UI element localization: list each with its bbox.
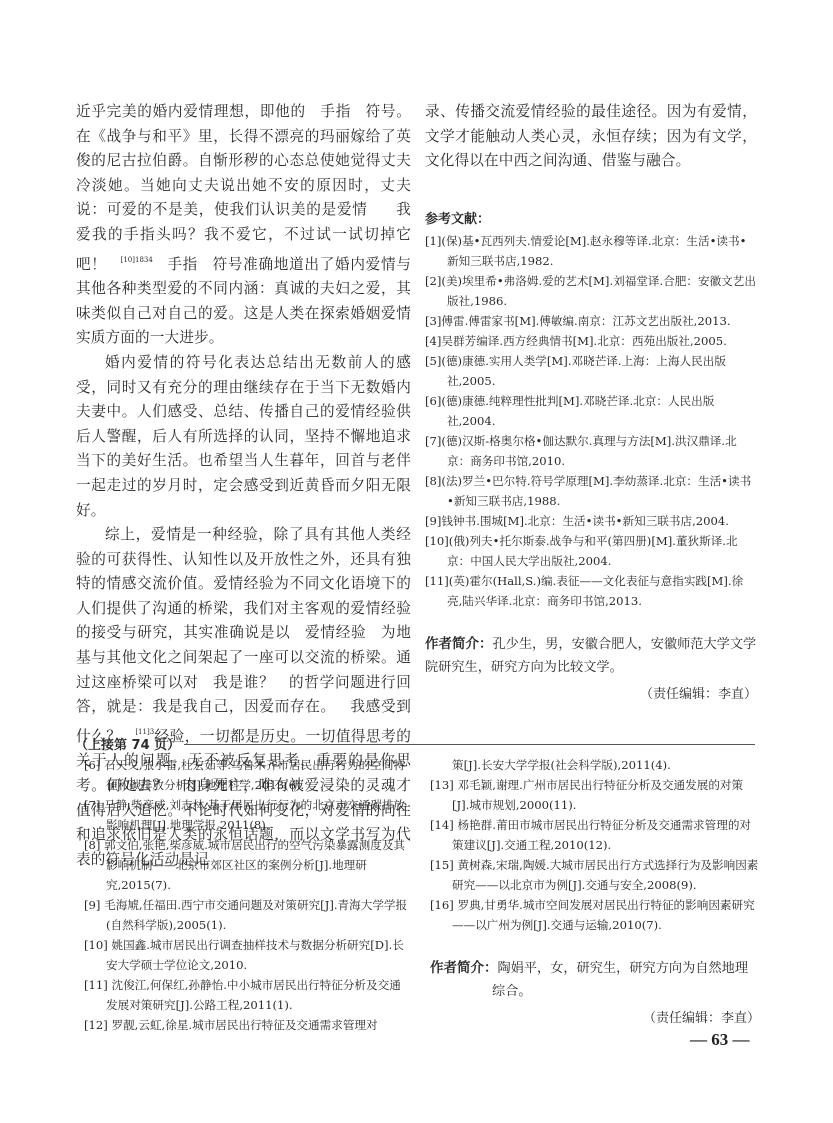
reference-item: [15] 黄树森,宋瑞,陶媛.大城市居民出行方式选择行为及影响因素研究——以北京… <box>430 855 760 895</box>
continued-divider: （上接第 74 页） <box>75 733 755 753</box>
references-section: 参考文献： [1](保)基•瓦西列夫.情爱论[M].赵永穆等译.北京：生活•读书… <box>425 208 757 611</box>
reference-item: [7] 马静,柴彦威,刘志林.基于居民出行行为的北京市交通碳排放影响机理[J].… <box>84 795 412 835</box>
editor-credit: （责任编辑：李直） <box>430 1007 760 1026</box>
reference-item: [6] 石天戈,张小雷,杜宏茹等.乌鲁木齐市居民出行行为的空间特征和碳排放分析[… <box>84 755 412 795</box>
reference-item: [12] 罗靓,云虹,徐星.城市居民出行特征及交通需求管理对 <box>84 1015 412 1035</box>
reference-item: [14] 杨艳群.莆田市城市居民出行特征分析及交通需求管理的对策建议[J].交通… <box>430 815 760 855</box>
reference-item: [8] 郭文伯,张艳,柴彦威.城市居民出行的空气污染暴露测度及其影响机制——北京… <box>84 835 412 895</box>
reference-item: [6](德)康德.纯粹理性批判[M].邓晓芒译.北京：人民出版社,2004. <box>425 391 757 431</box>
references-title: 参考文献： <box>425 208 757 227</box>
paragraph-1: 近乎完美的婚内爱情理想，即他的手指符号。在《战争与和平》里，长得不漂亮的玛丽嫁给… <box>76 100 411 351</box>
reference-continued: 策[J].长安大学学报(社会科学版),2011(4). <box>430 755 760 775</box>
author-bio-2: 作者简介：陶娟平，女，研究生，研究方向为自然地理综合。 （责任编辑：李直） <box>430 957 760 1026</box>
page-number: — 63 — <box>690 1030 750 1050</box>
upper-right-column: 录、传播交流爱情经验的最佳途径。因为有爱情，文学才能触动人类心灵，永恒存续；因为… <box>425 100 757 715</box>
reference-item: [9] 毛海虓,任福田.西宁市交通问题及对策研究[J].青海大学学报(自然科学版… <box>84 895 412 935</box>
lower-right-references: 策[J].长安大学学报(社会科学版),2011(4). [13] 邓毛颖,谢理.… <box>430 755 760 935</box>
reference-item: [5](德)康德.实用人类学[M].邓晓芒译.上海：上海人民出版社,2005. <box>425 351 757 391</box>
reference-item: [1](保)基•瓦西列夫.情爱论[M].赵永穆等译.北京：生活•读书•新知三联书… <box>425 231 757 271</box>
divider-line <box>184 744 755 745</box>
reference-item: [4]吴群芳编译.西方经典情书[M].北京：西苑出版社,2005. <box>425 331 757 351</box>
reference-item: [11](英)霍尔(Hall,S.)编.表征——文化表征与意指实践[M].徐亮,… <box>425 571 757 611</box>
citation: [10]1834 <box>121 256 153 264</box>
author-bio-label: 作者简介： <box>425 636 493 652</box>
reference-item: [3]傅雷.傅雷家书[M].傅敏编.南京：江苏文艺出版社,2013. <box>425 311 757 331</box>
reference-item: [9]钱钟书.围城[M].北京：生活•读书•新知三联书店,2004. <box>425 511 757 531</box>
reference-item: [8](法)罗兰•巴尔特.符号学原理[M].李幼蒸译.北京：生活•读书•新知三联… <box>425 471 757 511</box>
lower-right-column: 策[J].长安大学学报(社会科学版),2011(4). [13] 邓毛颖,谢理.… <box>430 755 760 1039</box>
reference-item: [7](德)汉斯-格奥尔格•伽达默尔.真理与方法[M].洪汉鼎译.北京：商务印书… <box>425 431 757 471</box>
paragraph-2: 婚内爱情的符号化表达总结出无数前人的感受，同时又有充分的理由继续存在于当下无数婚… <box>76 351 411 523</box>
author-bio: 作者简介：孔少生，男，安徽合肥人，安徽师范大学文学院研究生，研究方向为比较文学。… <box>425 633 757 702</box>
paragraph-continued: 录、传播交流爱情经验的最佳途径。因为有爱情，文学才能触动人类心灵，永恒存续；因为… <box>425 100 757 174</box>
reference-item: [10](俄)列夫•托尔斯泰.战争与和平(第四册)[M].董狄斯译.北京：中国人… <box>425 531 757 571</box>
reference-item: [13] 邓毛颖,谢理.广州市居民出行特征分析及交通发展的对策[J].城市规划,… <box>430 775 760 815</box>
reference-item: [10] 姚国鑫.城市居民出行调查抽样技术与数据分析研究[D].长安大学硕士学位… <box>84 935 412 975</box>
author-bio-text: 陶娟平，女，研究生，研究方向为自然地理综合。 <box>492 961 748 999</box>
lower-left-references: [6] 石天戈,张小雷,杜宏茹等.乌鲁木齐市居民出行行为的空间特征和碳排放分析[… <box>84 755 412 1035</box>
continued-from-label: （上接第 74 页） <box>75 734 184 753</box>
reference-item: [16] 罗典,甘勇华.城市空间发展对居民出行特征的影响因素研究——以广州为例[… <box>430 895 760 935</box>
references-list: [1](保)基•瓦西列夫.情爱论[M].赵永穆等译.北京：生活•读书•新知三联书… <box>425 231 757 611</box>
reference-item: [2](美)埃里希•弗洛姆.爱的艺术[M].刘福堂译.合肥：安徽文艺出版社,19… <box>425 271 757 311</box>
reference-item: [11] 沈俊江,何保红,孙静怡.中小城市居民出行特征分析及交通发展对策研究[J… <box>84 975 412 1015</box>
editor-credit: （责任编辑：李直） <box>425 683 757 702</box>
author-bio-label: 作者简介： <box>430 960 498 976</box>
